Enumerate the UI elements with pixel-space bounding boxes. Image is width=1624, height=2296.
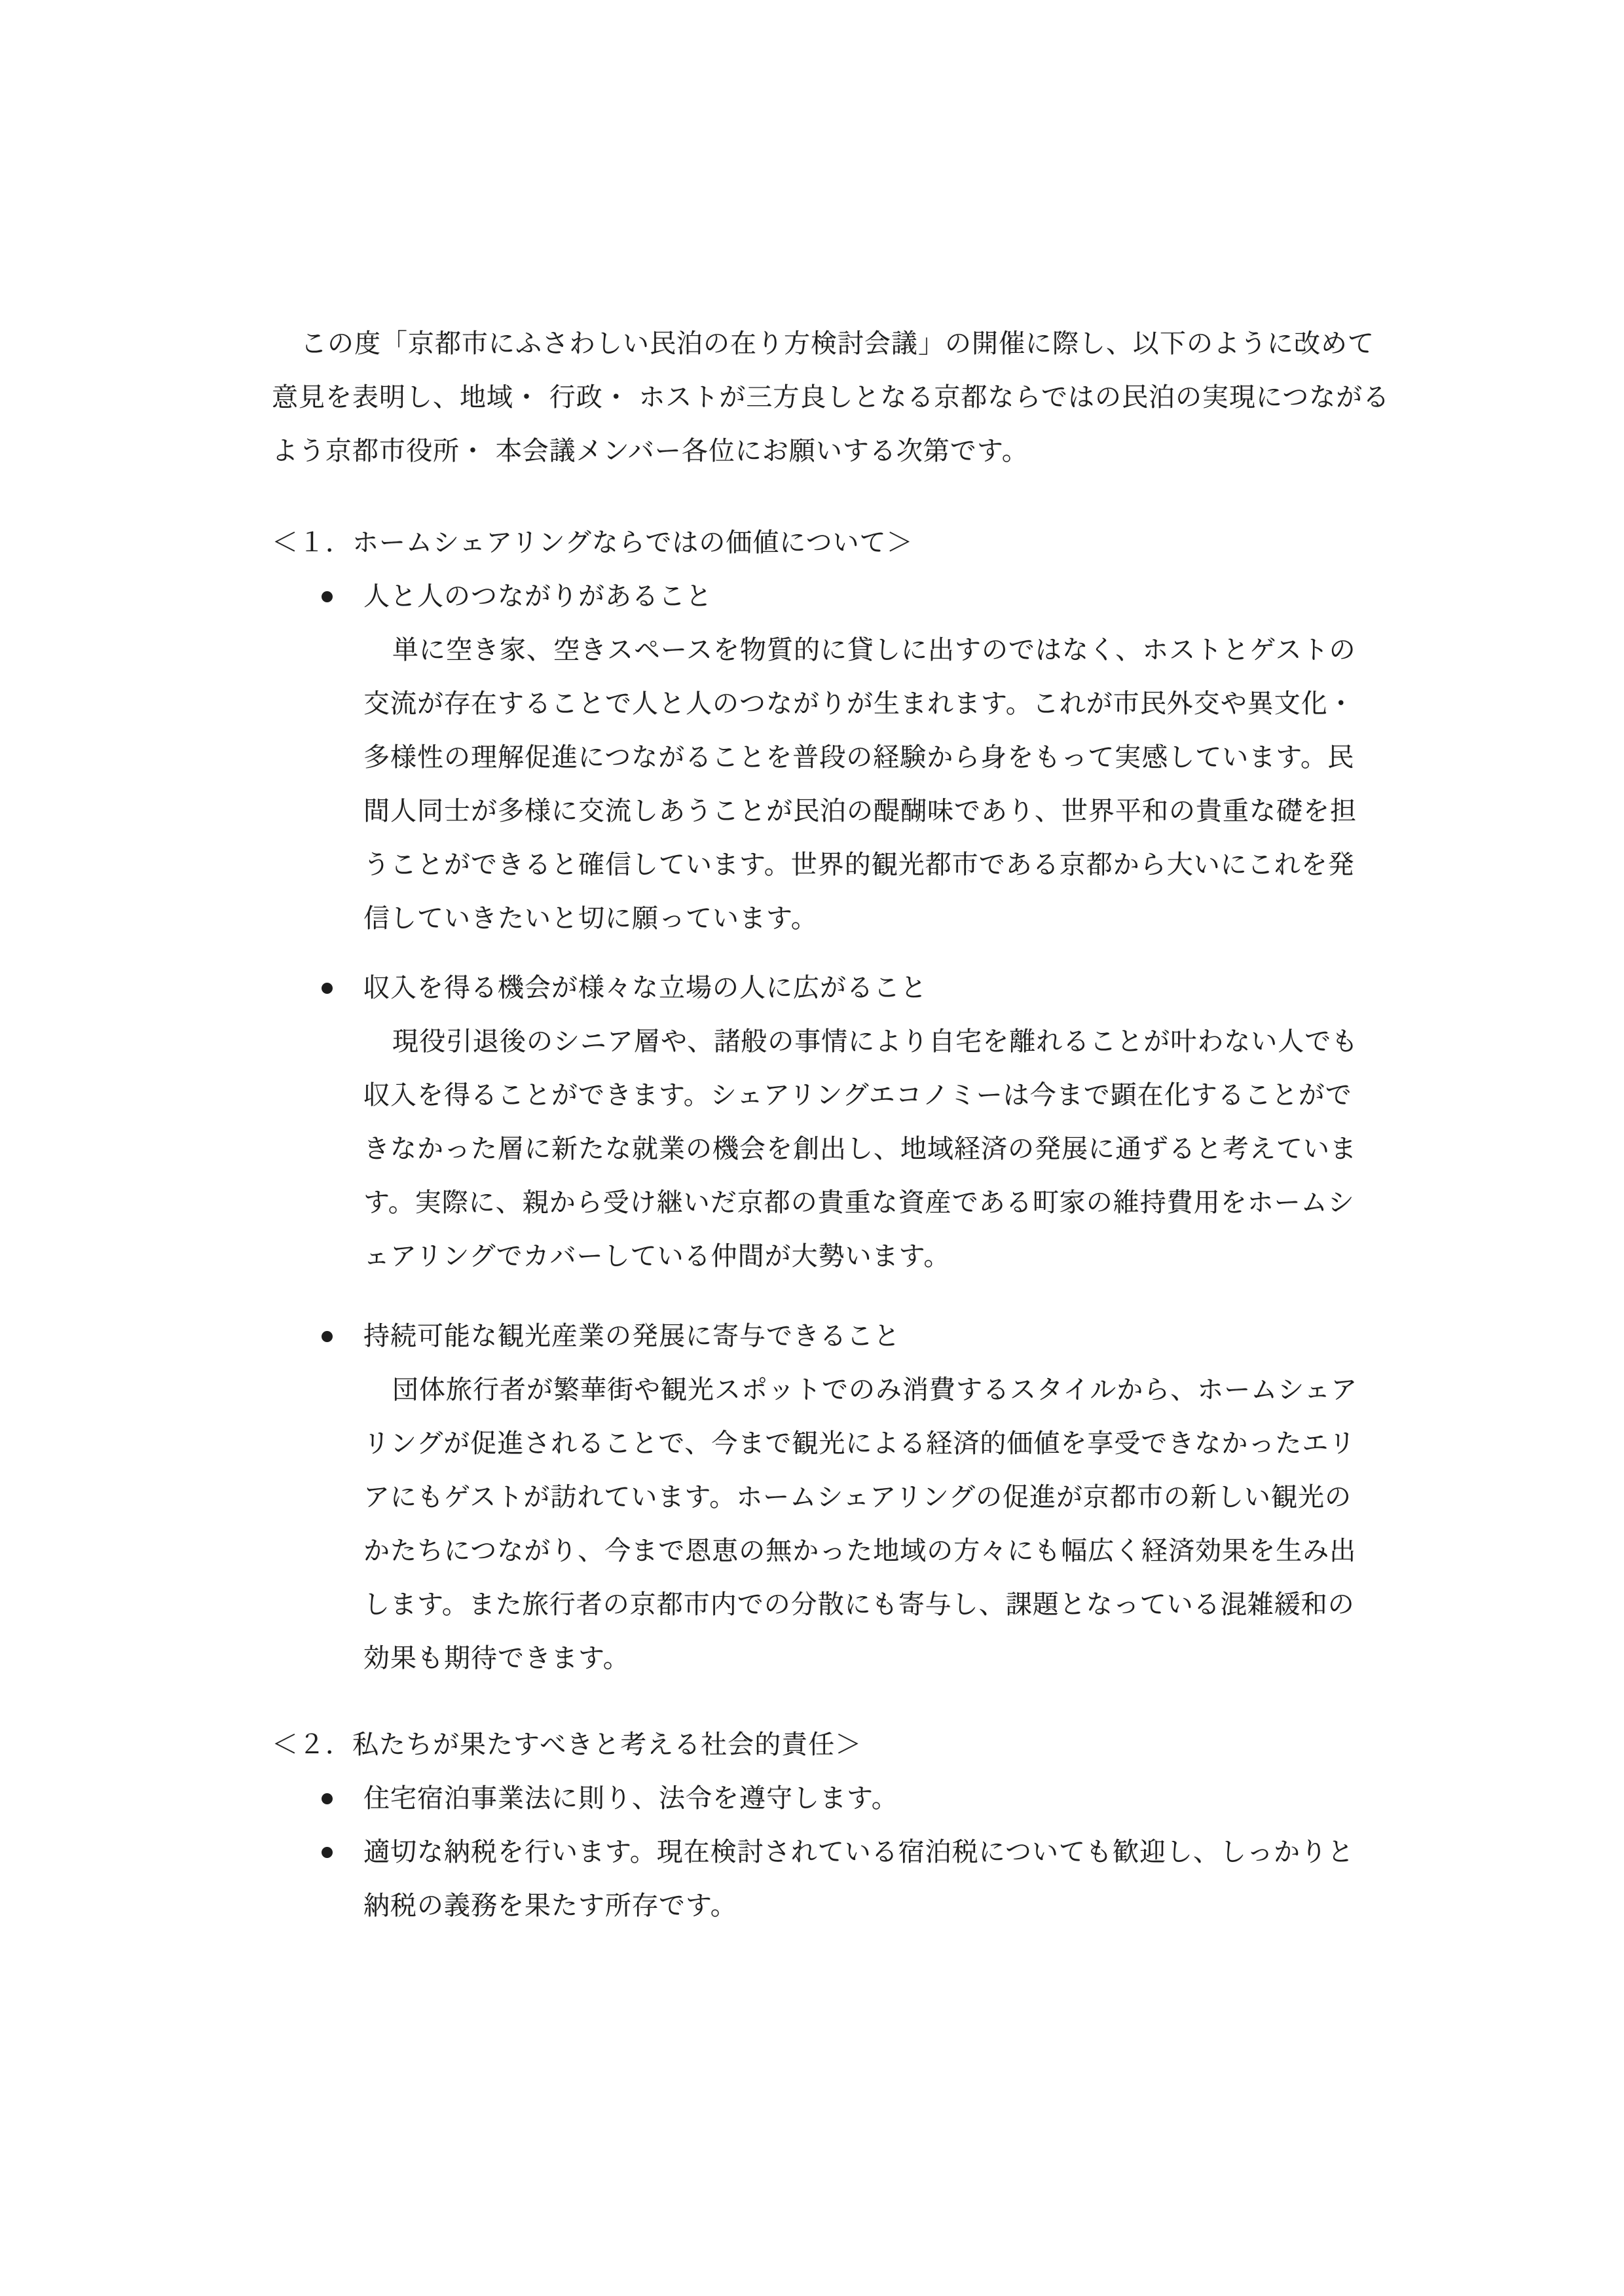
bullet-item-tax-payment: 適切な納税を行います。現在検討されている宿泊税についても歓迎し、しっかりと 納税… [272,1825,1385,1933]
bullet-icon [322,983,333,994]
bullet-item-people-connection: 人と人のつながりがあること 単に空き家、空きスペースを物質的に貸しに出すのではな… [272,570,1385,945]
bullet-body: 団体旅行者が繁華街や観光スポットでのみ消費するスタイルから、ホームシェア リング… [272,1363,1385,1685]
body-line: 納税の義務を果たす所存です。 [363,1879,1385,1933]
bullet-title: 人と人のつながりがあること [363,570,712,623]
section-1-heading: ＜１．ホームシェアリングならではの価値について＞ [272,516,1385,570]
bullet-item-law-compliance: 住宅宿泊事業法に則り、法令を遵守します。 [272,1772,1385,1825]
bullet-body: 単に空き家、空きスペースを物質的に貸しに出すのではなく、ホストとゲストの 交流が… [272,623,1385,945]
intro-line: 意見を表明し、地域・ 行政・ ホストが三方良しとなる京都ならではの民泊の実現につ… [272,371,1385,424]
section-1: ＜１．ホームシェアリングならではの価値について＞ 人と人のつながりがあること 単… [272,516,1385,1685]
intro-line: よう京都市役所・ 本会議メンバー各位にお願いする次第です。 [272,424,1385,478]
bullet-icon [322,1331,333,1342]
bullet-title: 持続可能な観光産業の発展に寄与できること [363,1309,900,1363]
body-line: 多様性の理解促進につながることを普段の経験から身をもって実感しています。民 [363,731,1385,784]
bullet-item-sustainable-tourism: 持続可能な観光産業の発展に寄与できること 団体旅行者が繁華街や観光スポットでのみ… [272,1309,1385,1685]
body-line: アにもゲストが訪れています。ホームシェアリングの促進が京都市の新しい観光の [363,1470,1385,1524]
body-line: 交流が存在することで人と人のつながりが生まれます。これが市民外交や異文化・ [363,677,1385,731]
body-line: 団体旅行者が繁華街や観光スポットでのみ消費するスタイルから、ホームシェア [363,1363,1385,1417]
body-line: かたちにつながり、今まで恩恵の無かった地域の方々にも幅広く経済効果を生み出 [363,1524,1385,1578]
body-line: 信していきたいと切に願っています。 [363,892,1385,945]
bullet-body: 現役引退後のシニア層や、諸般の事情により自宅を離れることが叶わない人でも 収入を… [272,1015,1385,1283]
bullet-item-income-opportunity: 収入を得る機会が様々な立場の人に広がること 現役引退後のシニア層や、諸般の事情に… [272,961,1385,1283]
intro-line: この度「京都市にふさわしい民泊の在り方検討会議」の開催に際し、以下のように改めて [272,317,1385,371]
bullet-row: 適切な納税を行います。現在検討されている宿泊税についても歓迎し、しっかりと [272,1825,1385,1879]
bullet-row: 住宅宿泊事業法に則り、法令を遵守します。 [272,1772,1385,1825]
bullet-row: 持続可能な観光産業の発展に寄与できること [272,1309,1385,1363]
body-line: うことができると確信しています。世界的観光都市である京都から大いにこれを発 [363,838,1385,892]
intro-paragraph: この度「京都市にふさわしい民泊の在り方検討会議」の開催に際し、以下のように改めて… [272,317,1385,478]
bullet-title: 適切な納税を行います。現在検討されている宿泊税についても歓迎し、しっかりと [363,1825,1354,1879]
body-line: す。実際に、親から受け継いだ京都の貴重な資産である町家の維持費用をホームシ [363,1176,1385,1230]
section-2: ＜２．私たちが果たすべきと考える社会的責任＞ 住宅宿泊事業法に則り、法令を遵守し… [272,1718,1385,1933]
bullet-icon [322,591,333,602]
bullet-icon [322,1847,333,1858]
bullet-row: 収入を得る機会が様々な立場の人に広がること [272,961,1385,1015]
body-line: リングが促進されることで、今まで観光による経済的価値を享受できなかったエリ [363,1417,1385,1470]
body-line: ェアリングでカバーしている仲間が大勢います。 [363,1230,1385,1283]
bullet-icon [322,1793,333,1804]
body-line: きなかった層に新たな就業の機会を創出し、地域経済の発展に通ずると考えていま [363,1122,1385,1176]
body-line: 現役引退後のシニア層や、諸般の事情により自宅を離れることが叶わない人でも [363,1015,1385,1068]
body-line: 効果も期待できます。 [363,1631,1385,1685]
body-line: 収入を得ることができます。シェアリングエコノミーは今まで顕在化することがで [363,1068,1385,1122]
body-line: 間人同士が多様に交流しあうことが民泊の醍醐味であり、世界平和の貴重な礎を担 [363,784,1385,838]
bullet-title: 収入を得る機会が様々な立場の人に広がること [363,961,927,1015]
section-2-heading: ＜２．私たちが果たすべきと考える社会的責任＞ [272,1718,1385,1772]
body-line: 単に空き家、空きスペースを物質的に貸しに出すのではなく、ホストとゲストの [363,623,1385,677]
document-page: この度「京都市にふさわしい民泊の在り方検討会議」の開催に際し、以下のように改めて… [0,0,1624,2296]
bullet-row: 人と人のつながりがあること [272,570,1385,623]
bullet-body: 納税の義務を果たす所存です。 [272,1879,1385,1933]
bullet-title: 住宅宿泊事業法に則り、法令を遵守します。 [363,1772,898,1825]
body-line: します。また旅行者の京都市内での分散にも寄与し、課題となっている混雑緩和の [363,1578,1385,1631]
document-content: この度「京都市にふさわしい民泊の在り方検討会議」の開催に際し、以下のように改めて… [272,317,1385,1933]
